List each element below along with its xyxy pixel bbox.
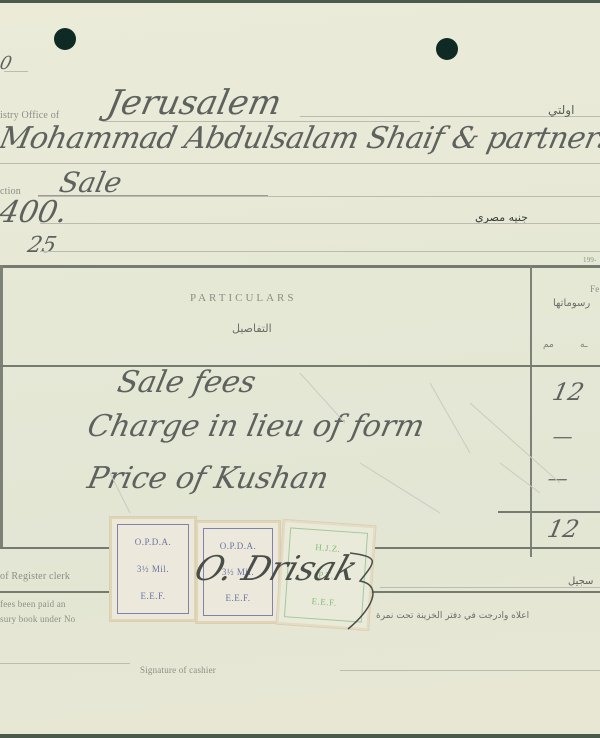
pencil-marks [0,363,600,523]
table-top-border [0,265,600,268]
registry-office-label: istry Office of [0,110,59,121]
stamp-line-1: O.P.D.A. [135,537,172,547]
cancellation-signature: O. Drisak [190,549,363,589]
fraction-rule [40,251,600,252]
transaction-rule [38,196,600,197]
receipt-page: 0 istry Office of Jerusalem اولتي Mohamm… [0,3,600,734]
party-name-value: Mohammad Abdulsalam Shaif & partners [0,121,600,156]
total-top-border [498,511,600,513]
particulars-header-arabic: التفاصيل [232,322,272,335]
amount-value: 400. [0,195,71,230]
register-clerk-rule [380,587,600,588]
cashier-rule-right [340,670,600,671]
cashier-rule-left [0,663,130,664]
register-clerk-arabic: سجيل [568,576,593,587]
fees-subheader-right: ـه [580,340,587,350]
fees-header-arabic: رسوماتها [553,298,590,309]
amount-rule [40,223,600,224]
registry-office-arabic: اولتي [548,103,574,117]
total-value: 12 [545,515,581,543]
register-clerk-label: of Register clerk [0,571,70,582]
particulars-header: PARTICULARS [190,292,297,304]
stamp-line-3: E.E.F. [140,591,165,601]
revenue-stamp: O.P.D.A. 3½ Mil. E.E.F. [110,517,196,621]
fees-subheader-left: مم [543,340,554,350]
punch-hole-right [436,38,458,60]
signature-flourish [340,551,400,631]
fraction-value: 25 [25,233,58,258]
stamp-line-3: E.E.F. [311,596,337,608]
punch-hole-left [54,28,76,50]
form-number: 199- [583,256,597,264]
fees-header: Fe [590,284,599,294]
stamp-line-3: E.E.F. [225,593,250,603]
stamp-line-2: 3½ Mil. [137,564,169,574]
cashier-signature-label: Signature of cashier [140,665,216,675]
fees-note-line1: fees been paid an [0,599,66,609]
registry-office-value: Jerusalem [104,83,285,123]
corner-mark-underline [4,71,28,72]
party-name-rule [0,163,600,164]
scan-bottom-edge [0,734,600,738]
fees-note-line2: sury book under No [0,614,75,624]
